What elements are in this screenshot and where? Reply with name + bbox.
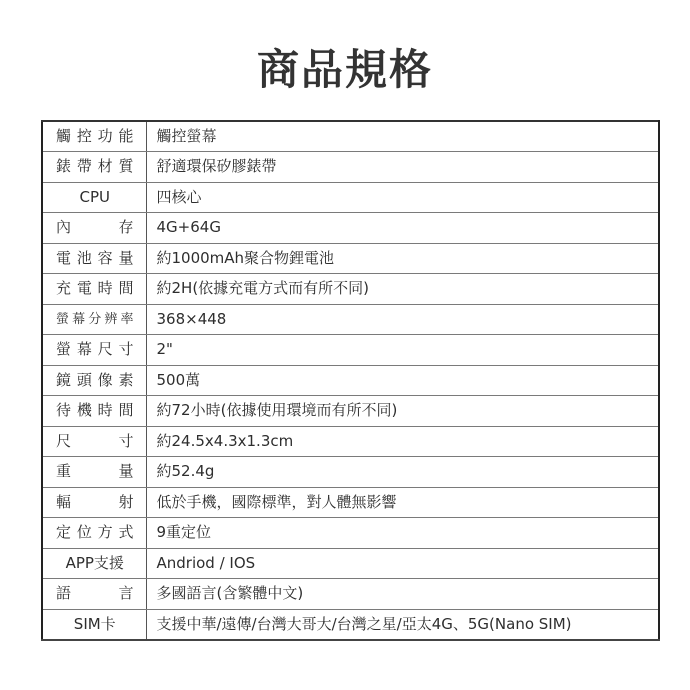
spec-value: 500萬 [146,365,659,396]
page-title: 商品規格 [0,44,690,96]
spec-value: 舒適環保矽膠錶帶 [146,152,659,183]
table-row: 定位方式 9重定位 [42,518,659,549]
table-row: 輻 射 低於手機，國際標準，對人體無影響 [42,487,659,518]
table-row: 鏡頭像素 500萬 [42,365,659,396]
table-row: 尺 寸 約24.5x4.3x1.3cm [42,426,659,457]
spec-label: 充電時間 [42,274,146,305]
spec-value: 低於手機，國際標準，對人體無影響 [146,487,659,518]
spec-label: 鏡頭像素 [42,365,146,396]
spec-table: 觸控功能 觸控螢幕 錶帶材質 舒適環保矽膠錶帶 CPU 四核心 內 存 4G+6… [41,120,660,641]
spec-label: APP支援 [42,548,146,579]
spec-value: 4G+64G [146,213,659,244]
spec-value: 約2H(依據充電方式而有所不同) [146,274,659,305]
spec-value: 9重定位 [146,518,659,549]
spec-label: 輻 射 [42,487,146,518]
spec-label: 語 言 [42,579,146,610]
spec-value: 四核心 [146,182,659,213]
spec-value: 多國語言(含繁體中文) [146,579,659,610]
spec-label: 重 量 [42,457,146,488]
spec-label: 尺 寸 [42,426,146,457]
table-row: 語 言 多國語言(含繁體中文) [42,579,659,610]
table-row: 內 存 4G+64G [42,213,659,244]
table-row: 錶帶材質 舒適環保矽膠錶帶 [42,152,659,183]
spec-value: Andriod / IOS [146,548,659,579]
spec-value: 368×448 [146,304,659,335]
spec-label: 待機時間 [42,396,146,427]
table-row: CPU 四核心 [42,182,659,213]
spec-label: 螢幕分辨率 [42,304,146,335]
table-row: 待機時間 約72小時(依據使用環境而有所不同) [42,396,659,427]
spec-value: 觸控螢幕 [146,121,659,152]
table-row: SIM卡 支援中華/遠傳/台灣大哥大/台灣之星/亞太4G、5G(Nano SIM… [42,609,659,640]
spec-value: 約72小時(依據使用環境而有所不同) [146,396,659,427]
table-row: 電池容量 約1000mAh聚合物鋰電池 [42,243,659,274]
spec-label: 錶帶材質 [42,152,146,183]
spec-label: 螢幕尺寸 [42,335,146,366]
table-row: 重 量 約52.4g [42,457,659,488]
spec-value: 支援中華/遠傳/台灣大哥大/台灣之星/亞太4G、5G(Nano SIM) [146,609,659,640]
spec-value: 約1000mAh聚合物鋰電池 [146,243,659,274]
table-row: 螢幕尺寸 2" [42,335,659,366]
spec-label: SIM卡 [42,609,146,640]
spec-label: 內 存 [42,213,146,244]
spec-label: 定位方式 [42,518,146,549]
spec-label: CPU [42,182,146,213]
spec-label: 電池容量 [42,243,146,274]
spec-label: 觸控功能 [42,121,146,152]
spec-value: 約52.4g [146,457,659,488]
table-row: 螢幕分辨率 368×448 [42,304,659,335]
spec-value: 約24.5x4.3x1.3cm [146,426,659,457]
table-row: APP支援 Andriod / IOS [42,548,659,579]
spec-value: 2" [146,335,659,366]
table-row: 充電時間 約2H(依據充電方式而有所不同) [42,274,659,305]
table-row: 觸控功能 觸控螢幕 [42,121,659,152]
